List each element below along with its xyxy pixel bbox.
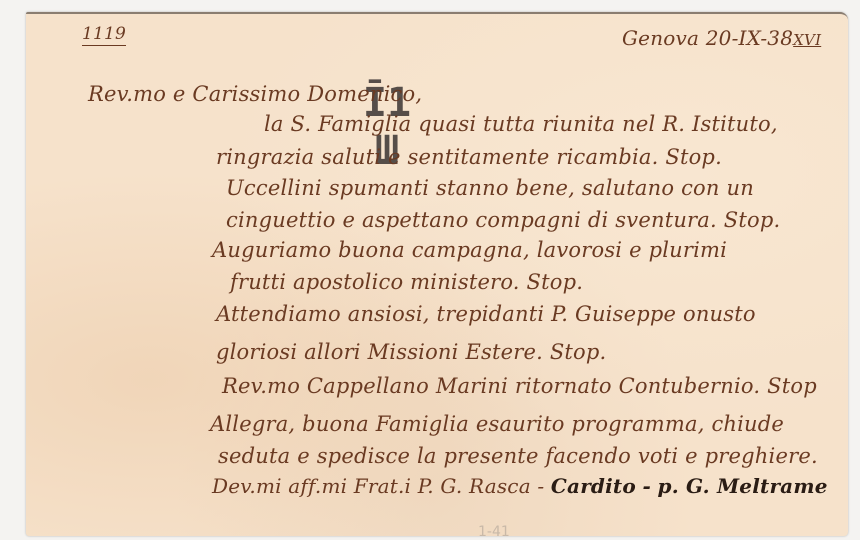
body-line: frutti apostolico ministero. Stop. <box>230 270 583 294</box>
postcard: 1119 Genova 20-IX-38XVI Ī1 Ш Rev.mo e Ca… <box>26 12 848 536</box>
body-line: Attendiamo ansiosi, trepidanti P. Guisep… <box>216 302 756 326</box>
salutation: Rev.mo e Carissimo Domenico, <box>88 82 422 106</box>
body-line: cinguettio e aspettano compagni di svent… <box>226 208 780 232</box>
body-line: la S. Famiglia quasi tutta riunita nel R… <box>264 112 778 136</box>
place-date: Genova 20-IX-38 <box>622 26 793 50</box>
body-line: Allegra, buona Famiglia esaurito program… <box>210 412 784 436</box>
signature-line: Dev.mi aff.mi Frat.i P. G. Rasca - Cardi… <box>212 474 828 498</box>
body-line: ringrazia saluti e sentitamente ricambia… <box>216 145 722 169</box>
signature-name: Cardito <box>551 474 636 498</box>
closing: Dev.mi aff.mi Frat.i <box>212 474 411 498</box>
separator: - <box>537 474 544 498</box>
date-line: Genova 20-IX-38XVI <box>622 26 821 50</box>
signature-name: P. G. Rasca <box>418 474 531 498</box>
era-suffix: XVI <box>793 31 821 49</box>
body-line: seduta e spedisce la presente facendo vo… <box>218 444 818 468</box>
body-line: Uccellini spumanti stanno bene, salutano… <box>226 176 754 200</box>
body-line: Rev.mo Cappellano Marini ritornato Contu… <box>222 374 817 398</box>
signature-name: p. G. Meltrame <box>658 474 828 498</box>
separator: - <box>642 474 651 498</box>
reference-mark: 1119 <box>82 24 126 46</box>
body-line: Auguriamo buona campagna, lavorosi e plu… <box>212 238 727 262</box>
body-line: gloriosi allori Missioni Estere. Stop. <box>216 340 606 364</box>
pencil-note: 1-41 <box>478 524 510 540</box>
